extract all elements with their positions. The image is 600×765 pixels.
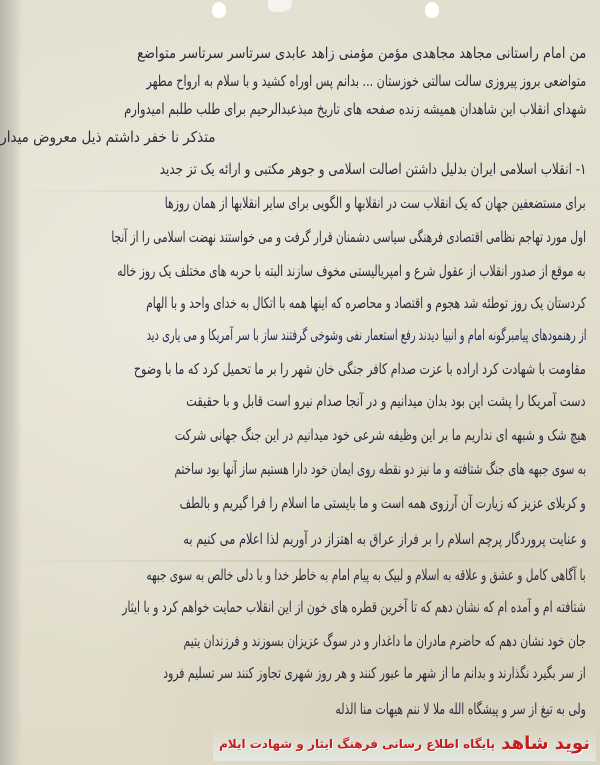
text-line: و کربلای عزیز که زیارت آن آرزوی همه است … (180, 494, 586, 512)
site-watermark: نوید شاهد پایگاه اطلاع رسانی فرهنگ ایثار… (213, 727, 596, 761)
punch-hole (425, 2, 439, 18)
paper-fold-line (0, 190, 600, 192)
text-line: ولی به تیغ از سر و پیشگاه الله ملا لا نن… (336, 700, 586, 718)
text-line: هیچ شک و شبهه ای نداریم ما بر این وظیفه … (174, 426, 586, 444)
paper-left-edge (0, 0, 22, 765)
text-line: با آگاهی کامل و عشق و علاقه به اسلام و ل… (147, 566, 586, 584)
text-line: شهدای انقلاب این شاهدان همیشه زنده صفحه … (124, 100, 586, 118)
text-line: کردستان یک روز توطئه شد هجوم و اقتصاد و … (146, 294, 586, 312)
text-line: به موقع از صدور انقلاب از عقول شرع و امپ… (118, 262, 586, 280)
text-line: شتافته ام و آمده ام که نشان دهم که تا آخ… (122, 598, 586, 616)
text-line: ۱- انقلاب اسلامی ایران بدلیل داشتن اصالت… (159, 160, 586, 178)
text-line: اول مورد تهاجم نظامی اقتصادی فرهنگی سیاس… (111, 228, 586, 246)
paper-tear (268, 0, 292, 12)
text-line: از سر بگیرد نگذارند و بدانم ما از شهر ما… (164, 664, 586, 682)
paper-fold-line (0, 560, 600, 562)
text-line: جان خود نشان دهم که حاضرم مادران ما داغد… (184, 632, 586, 650)
punch-hole (212, 2, 226, 18)
text-line: متواضعی بروز پیروزی سالت سالتی خوزستان .… (146, 72, 586, 90)
text-line: متذکر نا خفر داشتم ذیل معروض میدارم (0, 128, 216, 146)
text-line: دست آمریکا را پشت این بود بدان میدانیم و… (187, 392, 586, 410)
text-line: از رهنمودهای پیامبرگونه امام و انبیا دید… (146, 326, 586, 344)
text-line: مقاومت با شهادت کرد اراده با عزت صدام کا… (134, 360, 586, 378)
text-line: من امام راستانی مجاهد مجاهدی مؤمن مؤمنی … (137, 44, 586, 62)
navid-shahed-logo: نوید شاهد (501, 735, 590, 753)
document-page: من امام راستانی مجاهد مجاهدی مؤمن مؤمنی … (0, 0, 600, 765)
watermark-site-text: پایگاه اطلاع رسانی فرهنگ ایثار و شهادت ا… (219, 737, 495, 751)
text-line: به سوی جبهه های جنگ شتافته و ما نیز دو ن… (174, 460, 586, 478)
text-line: و عنایت پروردگار پرچم اسلام را بر فراز ع… (183, 530, 586, 548)
text-line: برای مستضعفین جهان که یک انقلاب ست در ان… (165, 194, 586, 212)
